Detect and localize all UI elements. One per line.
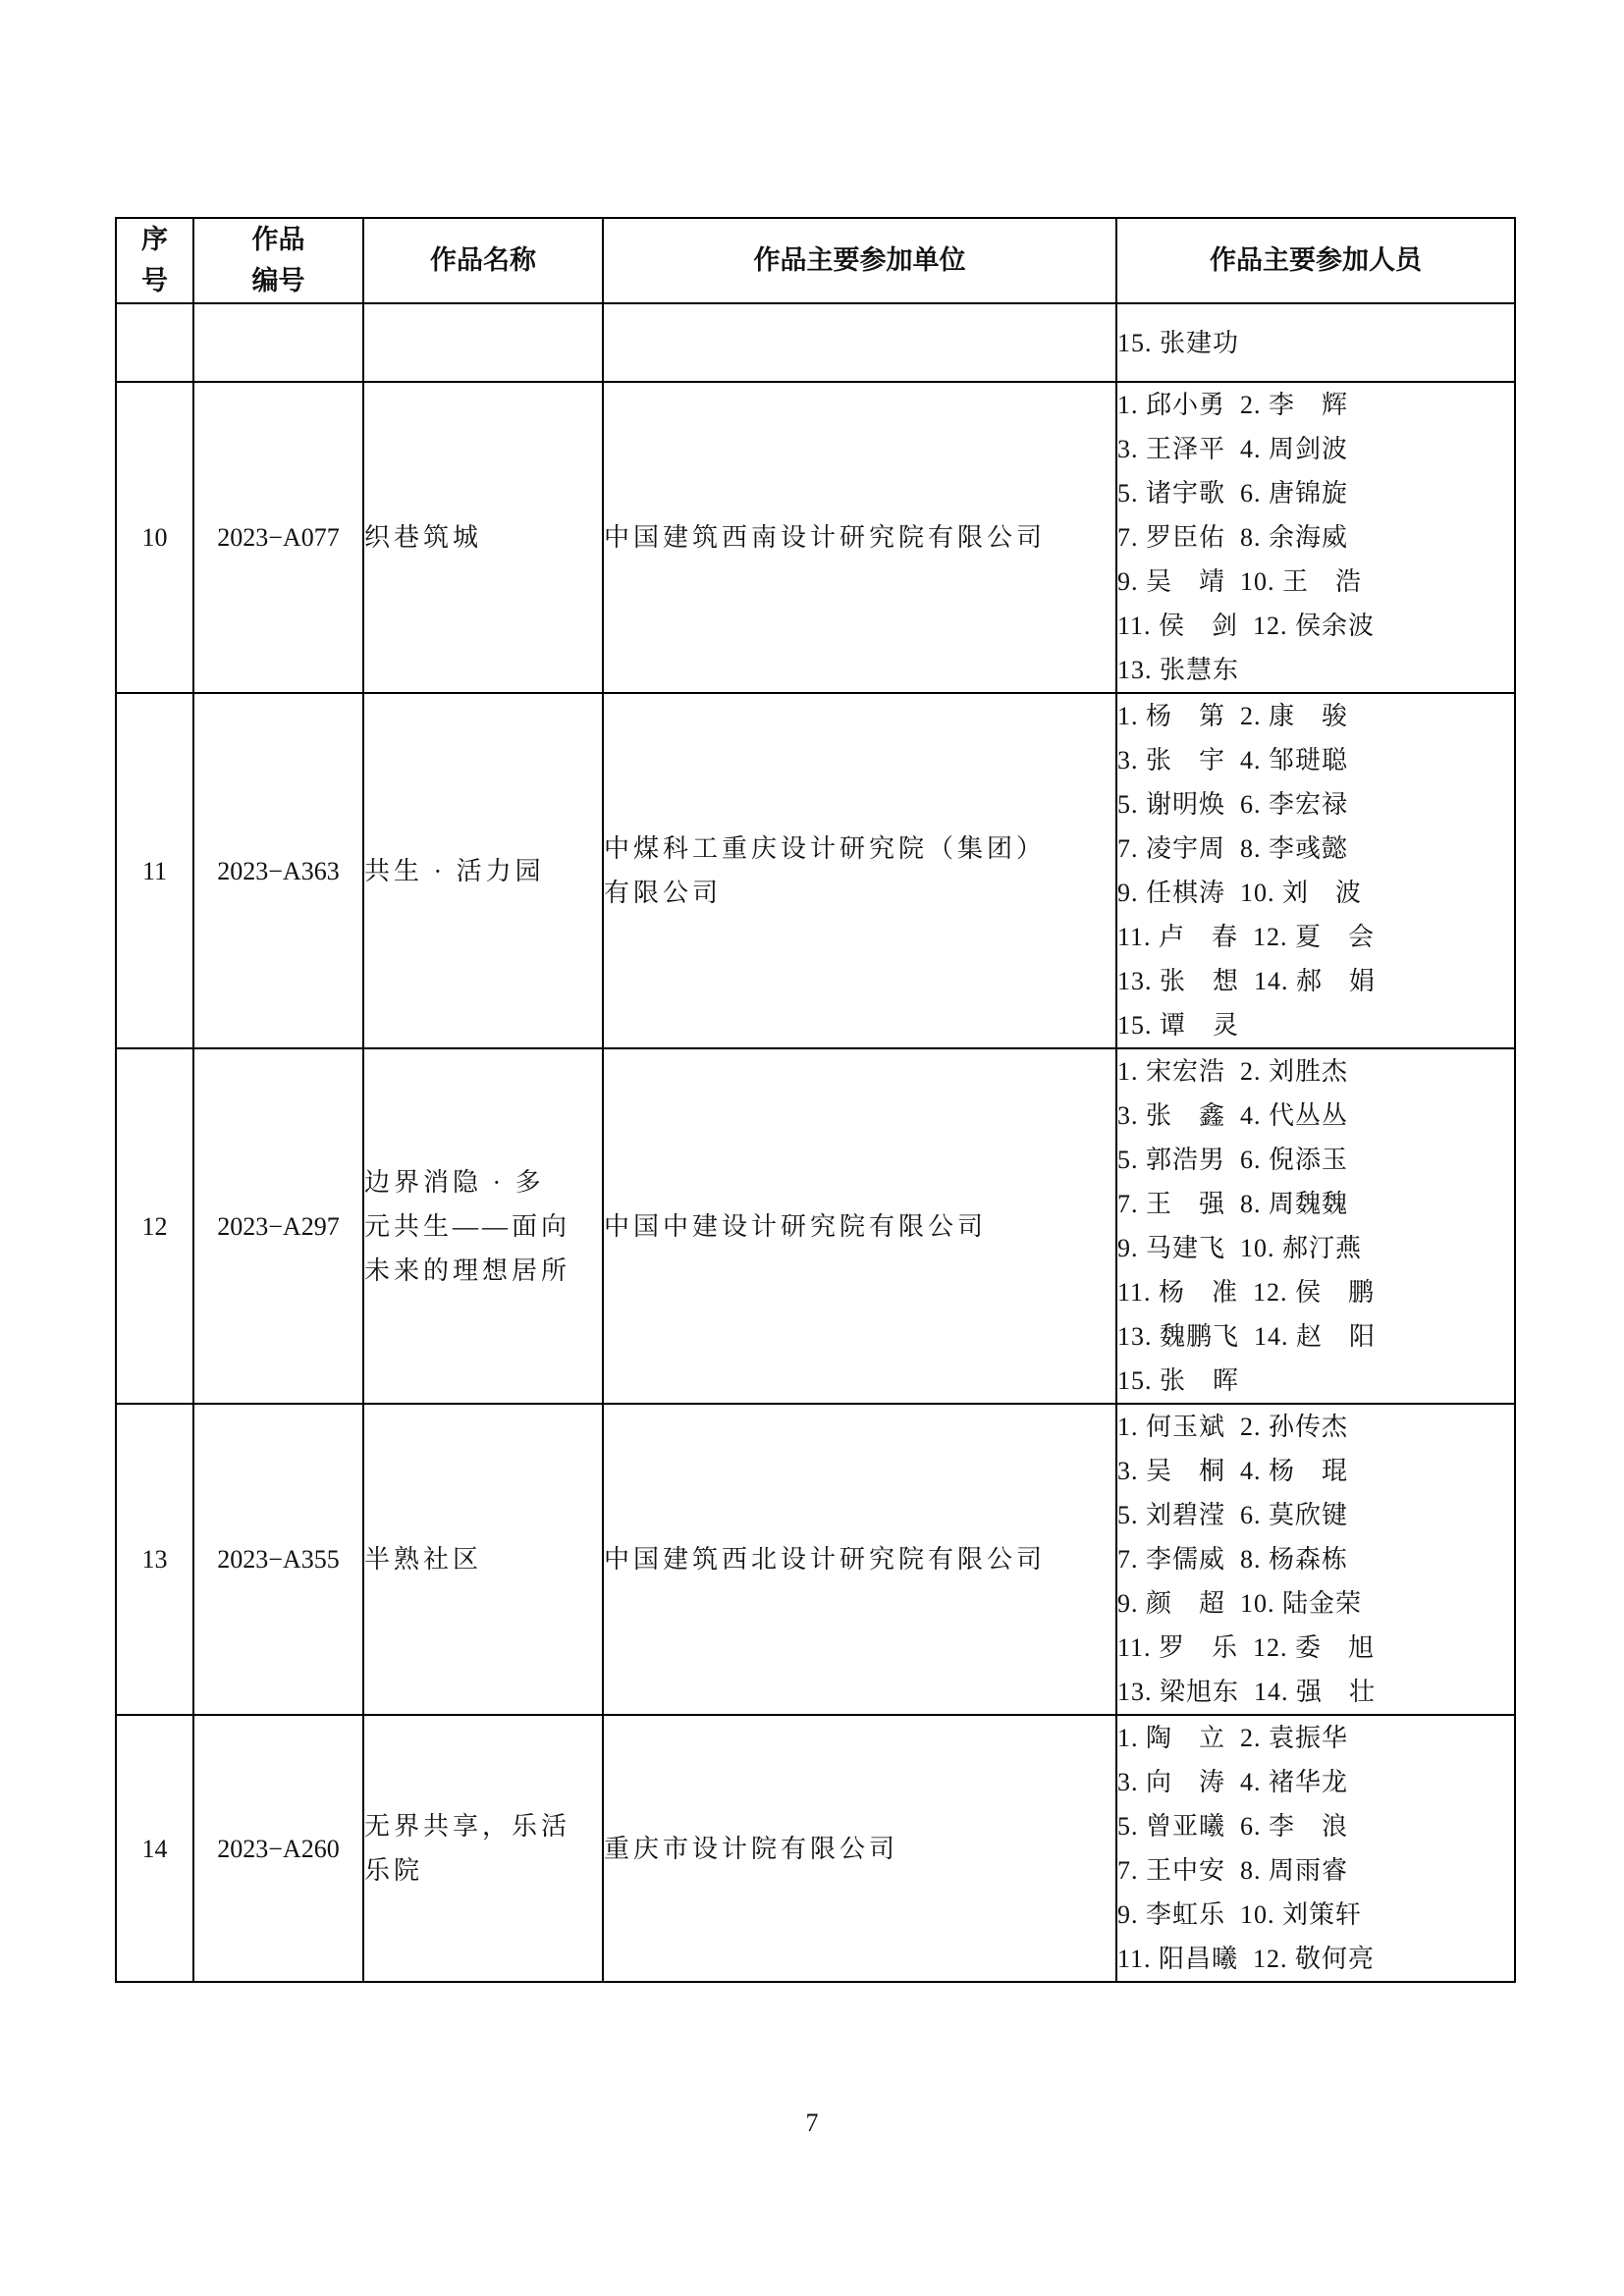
- people-line: 5. 谢明焕 6. 李宏禄: [1117, 782, 1514, 827]
- people-line: 11. 罗 乐 12. 委 旭: [1117, 1626, 1514, 1670]
- cell-people: 1. 陶 立 2. 袁振华3. 向 涛 4. 褚华龙5. 曾亚曦 6. 李 浪7…: [1116, 1715, 1515, 1982]
- cell-work-name: 半熟社区: [363, 1404, 603, 1715]
- people-line: 3. 吴 桐 4. 杨 琨: [1117, 1449, 1514, 1493]
- cell-work-name: 共生 · 活力园: [363, 693, 603, 1048]
- people-line: 1. 宋宏浩 2. 刘胜杰: [1117, 1049, 1514, 1094]
- table-row: 112023−A363共生 · 活力园中煤科工重庆设计研究院（集团）有限公司1.…: [116, 693, 1515, 1048]
- people-line: 13. 魏鹏飞 14. 赵 阳: [1117, 1314, 1514, 1359]
- people-line: 9. 颜 超 10. 陆金荣: [1117, 1581, 1514, 1626]
- header-unit: 作品主要参加单位: [603, 218, 1116, 303]
- cell-people: 1. 何玉斌 2. 孙传杰3. 吴 桐 4. 杨 琨5. 刘碧滢 6. 莫欣键7…: [1116, 1404, 1515, 1715]
- cell-seq: 14: [116, 1715, 193, 1982]
- table-row: 132023−A355半熟社区中国建筑西北设计研究院有限公司1. 何玉斌 2. …: [116, 1404, 1515, 1715]
- cell-code: 2023−A077: [193, 382, 363, 693]
- table-row: 142023−A260无界共享，乐活乐院重庆市设计院有限公司1. 陶 立 2. …: [116, 1715, 1515, 1982]
- people-line: 7. 王中安 8. 周雨睿: [1117, 1848, 1514, 1893]
- work-name-line: 边界消隐 · 多: [364, 1160, 602, 1204]
- cell-seq: [116, 303, 193, 382]
- cell-work-name: 织巷筑城: [363, 382, 603, 693]
- people-line: 13. 张 想 14. 郝 娟: [1117, 959, 1514, 1003]
- cell-unit: 中国建筑西南设计研究院有限公司: [603, 382, 1116, 693]
- cell-work-name: 边界消隐 · 多元共生——面向未来的理想居所: [363, 1048, 603, 1404]
- people-line: 13. 梁旭东 14. 强 壮: [1117, 1670, 1514, 1714]
- people-line: 5. 诸宇歌 6. 唐锦旋: [1117, 471, 1514, 515]
- work-name-line: 半熟社区: [364, 1537, 602, 1581]
- cell-unit: 中煤科工重庆设计研究院（集团）有限公司: [603, 693, 1116, 1048]
- people-line: 7. 王 强 8. 周魏魏: [1117, 1182, 1514, 1226]
- cell-people: 1. 杨 第 2. 康 骏3. 张 宇 4. 邹琎聪5. 谢明焕 6. 李宏禄7…: [1116, 693, 1515, 1048]
- people-line: 11. 杨 准 12. 侯 鹏: [1117, 1270, 1514, 1314]
- work-name-line: 元共生——面向: [364, 1204, 602, 1249]
- table-row: 102023−A077织巷筑城中国建筑西南设计研究院有限公司1. 邱小勇 2. …: [116, 382, 1515, 693]
- people-line: 7. 李儒威 8. 杨森栋: [1117, 1537, 1514, 1581]
- people-line: 9. 任棋涛 10. 刘 波: [1117, 871, 1514, 915]
- people-line: 5. 曾亚曦 6. 李 浪: [1117, 1804, 1514, 1848]
- cell-unit: 重庆市设计院有限公司: [603, 1715, 1116, 1982]
- unit-line: 中煤科工重庆设计研究院（集团）: [604, 827, 1115, 871]
- header-seq: 序 号: [116, 218, 193, 303]
- people-line: 9. 马建飞 10. 郝汀燕: [1117, 1226, 1514, 1270]
- people-line: 11. 阳昌曦 12. 敬何亮: [1117, 1937, 1514, 1981]
- cell-unit: 中国建筑西北设计研究院有限公司: [603, 1404, 1116, 1715]
- people-line: 3. 王泽平 4. 周剑波: [1117, 427, 1514, 471]
- cell-seq: 11: [116, 693, 193, 1048]
- people-line: 1. 何玉斌 2. 孙传杰: [1117, 1405, 1514, 1449]
- table-row: 15. 张建功: [116, 303, 1515, 382]
- unit-line: 中国建筑西北设计研究院有限公司: [604, 1537, 1115, 1581]
- cell-code: 2023−A355: [193, 1404, 363, 1715]
- cell-people: 1. 宋宏浩 2. 刘胜杰3. 张 鑫 4. 代丛丛5. 郭浩男 6. 倪添玉7…: [1116, 1048, 1515, 1404]
- page-number: 7: [0, 2109, 1624, 2138]
- header-code: 作品 编号: [193, 218, 363, 303]
- people-line: 7. 凌宇周 8. 李彧懿: [1117, 827, 1514, 871]
- cell-work-name: 无界共享，乐活乐院: [363, 1715, 603, 1982]
- work-name-line: 无界共享，乐活: [364, 1804, 602, 1848]
- people-line: 7. 罗臣佑 8. 余海威: [1117, 515, 1514, 560]
- people-line: 3. 向 涛 4. 褚华龙: [1117, 1760, 1514, 1804]
- header-name: 作品名称: [363, 218, 603, 303]
- cell-seq: 10: [116, 382, 193, 693]
- people-line: 5. 刘碧滢 6. 莫欣键: [1117, 1493, 1514, 1537]
- table-header-row: 序 号 作品 编号 作品名称 作品主要参加单位 作品主要参加人员: [116, 218, 1515, 303]
- people-line: 15. 张建功: [1117, 321, 1514, 365]
- cell-code: 2023−A297: [193, 1048, 363, 1404]
- people-line: 9. 吴 靖 10. 王 浩: [1117, 560, 1514, 604]
- table-body: 15. 张建功102023−A077织巷筑城中国建筑西南设计研究院有限公司1. …: [116, 303, 1515, 1982]
- people-line: 3. 张 鑫 4. 代丛丛: [1117, 1094, 1514, 1138]
- people-line: 5. 郭浩男 6. 倪添玉: [1117, 1138, 1514, 1182]
- cell-seq: 13: [116, 1404, 193, 1715]
- cell-code: 2023−A260: [193, 1715, 363, 1982]
- cell-people: 1. 邱小勇 2. 李 辉3. 王泽平 4. 周剑波5. 诸宇歌 6. 唐锦旋7…: [1116, 382, 1515, 693]
- people-line: 15. 张 晖: [1117, 1359, 1514, 1403]
- cell-code: [193, 303, 363, 382]
- work-name-line: 未来的理想居所: [364, 1249, 602, 1293]
- header-people: 作品主要参加人员: [1116, 218, 1515, 303]
- work-name-line: 织巷筑城: [364, 515, 602, 560]
- work-name-line: 乐院: [364, 1848, 602, 1893]
- unit-line: 重庆市设计院有限公司: [604, 1827, 1115, 1871]
- people-line: 9. 李虹乐 10. 刘策轩: [1117, 1893, 1514, 1937]
- work-name-line: 共生 · 活力园: [364, 849, 602, 893]
- cell-people: 15. 张建功: [1116, 303, 1515, 382]
- people-line: 11. 侯 剑 12. 侯余波: [1117, 604, 1514, 648]
- unit-line: 有限公司: [604, 871, 1115, 915]
- cell-seq: 12: [116, 1048, 193, 1404]
- unit-line: 中国建筑西南设计研究院有限公司: [604, 515, 1115, 560]
- people-line: 13. 张慧东: [1117, 648, 1514, 692]
- people-line: 1. 杨 第 2. 康 骏: [1117, 694, 1514, 738]
- cell-unit: 中国中建设计研究院有限公司: [603, 1048, 1116, 1404]
- cell-work-name: [363, 303, 603, 382]
- people-line: 1. 陶 立 2. 袁振华: [1117, 1716, 1514, 1760]
- cell-code: 2023−A363: [193, 693, 363, 1048]
- people-line: 11. 卢 春 12. 夏 会: [1117, 915, 1514, 959]
- unit-line: 中国中建设计研究院有限公司: [604, 1204, 1115, 1249]
- people-line: 15. 谭 灵: [1117, 1003, 1514, 1047]
- people-line: 1. 邱小勇 2. 李 辉: [1117, 383, 1514, 427]
- award-table: 序 号 作品 编号 作品名称 作品主要参加单位 作品主要参加人员 15. 张建功…: [115, 217, 1516, 1983]
- cell-unit: [603, 303, 1116, 382]
- people-line: 3. 张 宇 4. 邹琎聪: [1117, 738, 1514, 782]
- table-row: 122023−A297边界消隐 · 多元共生——面向未来的理想居所中国中建设计研…: [116, 1048, 1515, 1404]
